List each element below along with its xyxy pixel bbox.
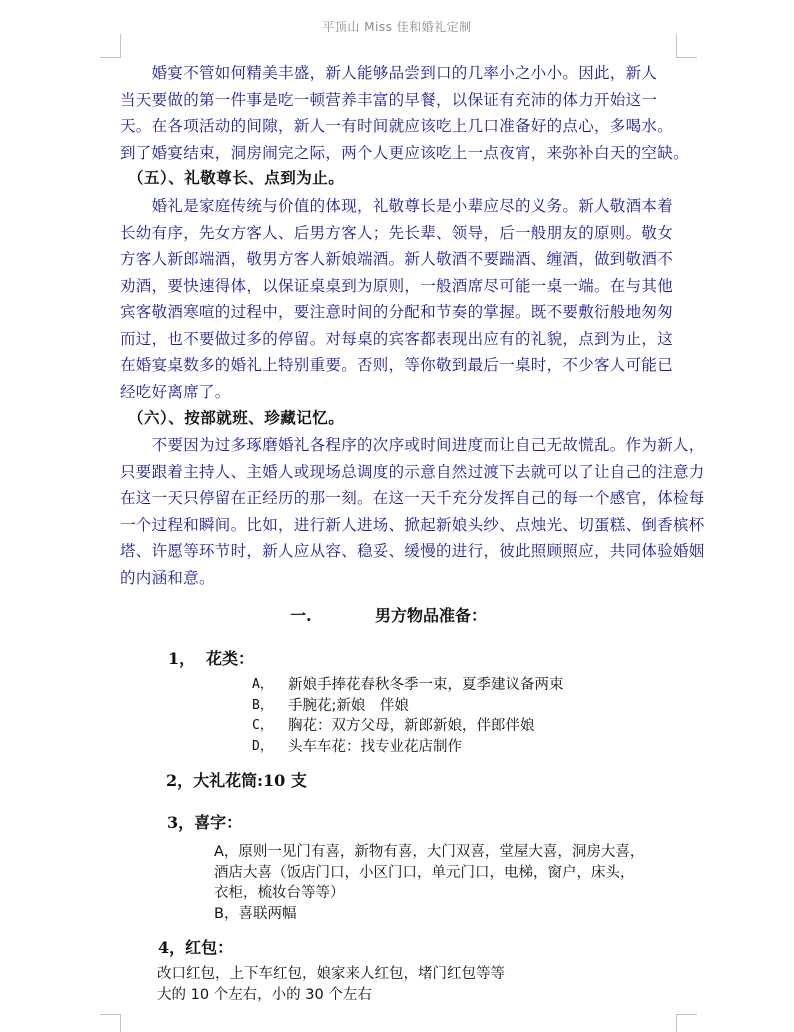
text-line: 宾客敬酒寒喧的过程中，要注意时间的分配和节奏的掌握。既不要敷衍般地匆匆 [120, 299, 680, 326]
text-line: 不要因为过多琢磨婚礼各程序的次序或时间进度而让自己无故慌乱。作为新人， [120, 432, 680, 459]
list-letter: A， [252, 675, 288, 696]
list-line: 酒店大喜（饭店门口，小区门口，单元门口，电梯，窗户，床头， [214, 863, 644, 884]
crop-mark-top-right [676, 34, 697, 58]
crop-mark-bottom-right [676, 1014, 697, 1032]
list-line: A，原则一见门有喜，新物有喜，大门双喜，堂屋大喜，洞房大喜， [214, 842, 644, 863]
crop-mark-top-left [100, 34, 121, 58]
text-line: 塔、许愿等环节时，新人应从容、稳妥、缓慢的进行，彼此照顾照应，共同体验婚姻 [120, 538, 680, 565]
list-item: C，胸花：双方父母，新郎新娘，伴郎伴娘 [252, 716, 564, 737]
text-line: 只要跟着主持人、主婚人或现场总调度的示意自然过渡下去就可以了让自己的注意力 [120, 459, 680, 486]
xi-list: A，原则一见门有喜，新物有喜，大门双喜，堂屋大喜，洞房大喜， 酒店大喜（饭店门口… [214, 842, 644, 924]
text-line: 长幼有序，先女方客人、后男方客人；先长辈、领导，后一般朋友的原则。敬女 [120, 220, 680, 247]
text-line: 改口红包，上下车红包，娘家来人红包，堵门红包等等 [157, 964, 505, 985]
flowers-list: A，新娘手捧花春秋冬季一束，夏季建议备两束 B，手腕花;新娘 伴娘 C，胸花：双… [252, 675, 564, 757]
text-line: 当天要做的第一件事是吃一顿营养丰富的早餐，以保证有充沛的体力开始这一 [120, 87, 680, 114]
text-line: 方客人新郎端酒，敬男方客人新娘端酒。新人敬酒不要踹酒、缠酒，做到敬酒不 [120, 246, 680, 273]
list-letter: B， [252, 696, 288, 717]
text-line: 一个过程和瞬间。比如，进行新人进场、掀起新娘头纱、点烛光、切蛋糕、倒香槟杯 [120, 512, 680, 539]
text-line: 天。在各项活动的间隙，新人一有时间就应该吃上几口准备好的点心，多喝水。 [120, 113, 680, 140]
heading-six: （六）、按部就班、珍藏记忆。 [128, 406, 344, 428]
text-line: 在这一天只停留在正经历的那一刻。在这一天千充分发挥自己的每一个感官，体检每 [120, 485, 680, 512]
item-1-heading: 花类： [206, 646, 254, 669]
list-item: A，新娘手捧花春秋冬季一束，夏季建议备两束 [252, 675, 564, 696]
text-line: 在婚宴桌数多的婚礼上特别重要。否则，等你敬到最后一桌时，不少客人可能已 [120, 352, 680, 379]
list-text: 头车车花：找专业花店制作 [288, 737, 462, 758]
list-text: 手腕花;新娘 伴娘 [288, 696, 409, 717]
section-number: 一. [290, 603, 312, 626]
text-line: 婚宴不管如何精美丰盛，新人能够品尝到口的几率小之小小。因此，新人 [120, 60, 680, 87]
text-line: 而过，也不要做过多的停留。对每桌的宾客都表现出应有的礼貌，点到为止，这 [120, 326, 680, 353]
paragraph-meal-advice: 婚宴不管如何精美丰盛，新人能够品尝到口的几率小之小小。因此，新人 当天要做的第一… [120, 60, 680, 166]
list-letter: D， [252, 737, 288, 758]
list-line: B，喜联两幅 [214, 904, 644, 925]
list-item: D，头车车花：找专业花店制作 [252, 737, 564, 758]
crop-mark-bottom-left [100, 1014, 121, 1032]
page-header: 平顶山 Miss 佳和婚礼定制 [0, 18, 794, 35]
item-4-heading: 4，红包： [158, 935, 233, 958]
hongbao-text: 改口红包，上下车红包，娘家来人红包，堵门红包等等 大的 10 个左右，小的 30… [157, 964, 505, 1005]
list-line: 衣柜，梳妆台等等） [214, 883, 644, 904]
list-text: 胸花：双方父母，新郎新娘，伴郎伴娘 [288, 716, 535, 737]
text-line: 到了婚宴结束，洞房闹完之际，两个人更应该吃上一点夜宵，来弥补白天的空缺。 [120, 140, 680, 167]
section-title: 男方物品准备： [375, 603, 487, 626]
item-2-heading: 2，大礼花筒:10 支 [166, 768, 307, 791]
text-line: 婚礼是家庭传统与价值的体现，礼敬尊长是小辈应尽的义务。新人敬酒本着 [120, 193, 680, 220]
text-line: 劝酒，要快速得体，以保证桌桌到为原则，一般酒席尽可能一桌一端。在与其他 [120, 273, 680, 300]
list-text: 新娘手捧花春秋冬季一束，夏季建议备两束 [288, 675, 564, 696]
heading-five: （五）、礼敬尊长、点到为止。 [128, 166, 344, 188]
paragraph-step-by-step: 不要因为过多琢磨婚礼各程序的次序或时间进度而让自己无故慌乱。作为新人， 只要跟着… [120, 432, 680, 591]
item-3-heading: 3，喜字： [167, 810, 242, 833]
item-1-number: 1， [168, 646, 195, 669]
paragraph-toast-etiquette: 婚礼是家庭传统与价值的体现，礼敬尊长是小辈应尽的义务。新人敬酒本着 长幼有序，先… [120, 193, 680, 405]
text-line: 经吃好离席了。 [120, 379, 680, 406]
text-line: 大的 10 个左右，小的 30 个左右 [157, 985, 505, 1006]
list-letter: C， [252, 716, 288, 737]
text-line: 的内涵和意。 [120, 565, 680, 592]
list-item: B，手腕花;新娘 伴娘 [252, 696, 564, 717]
